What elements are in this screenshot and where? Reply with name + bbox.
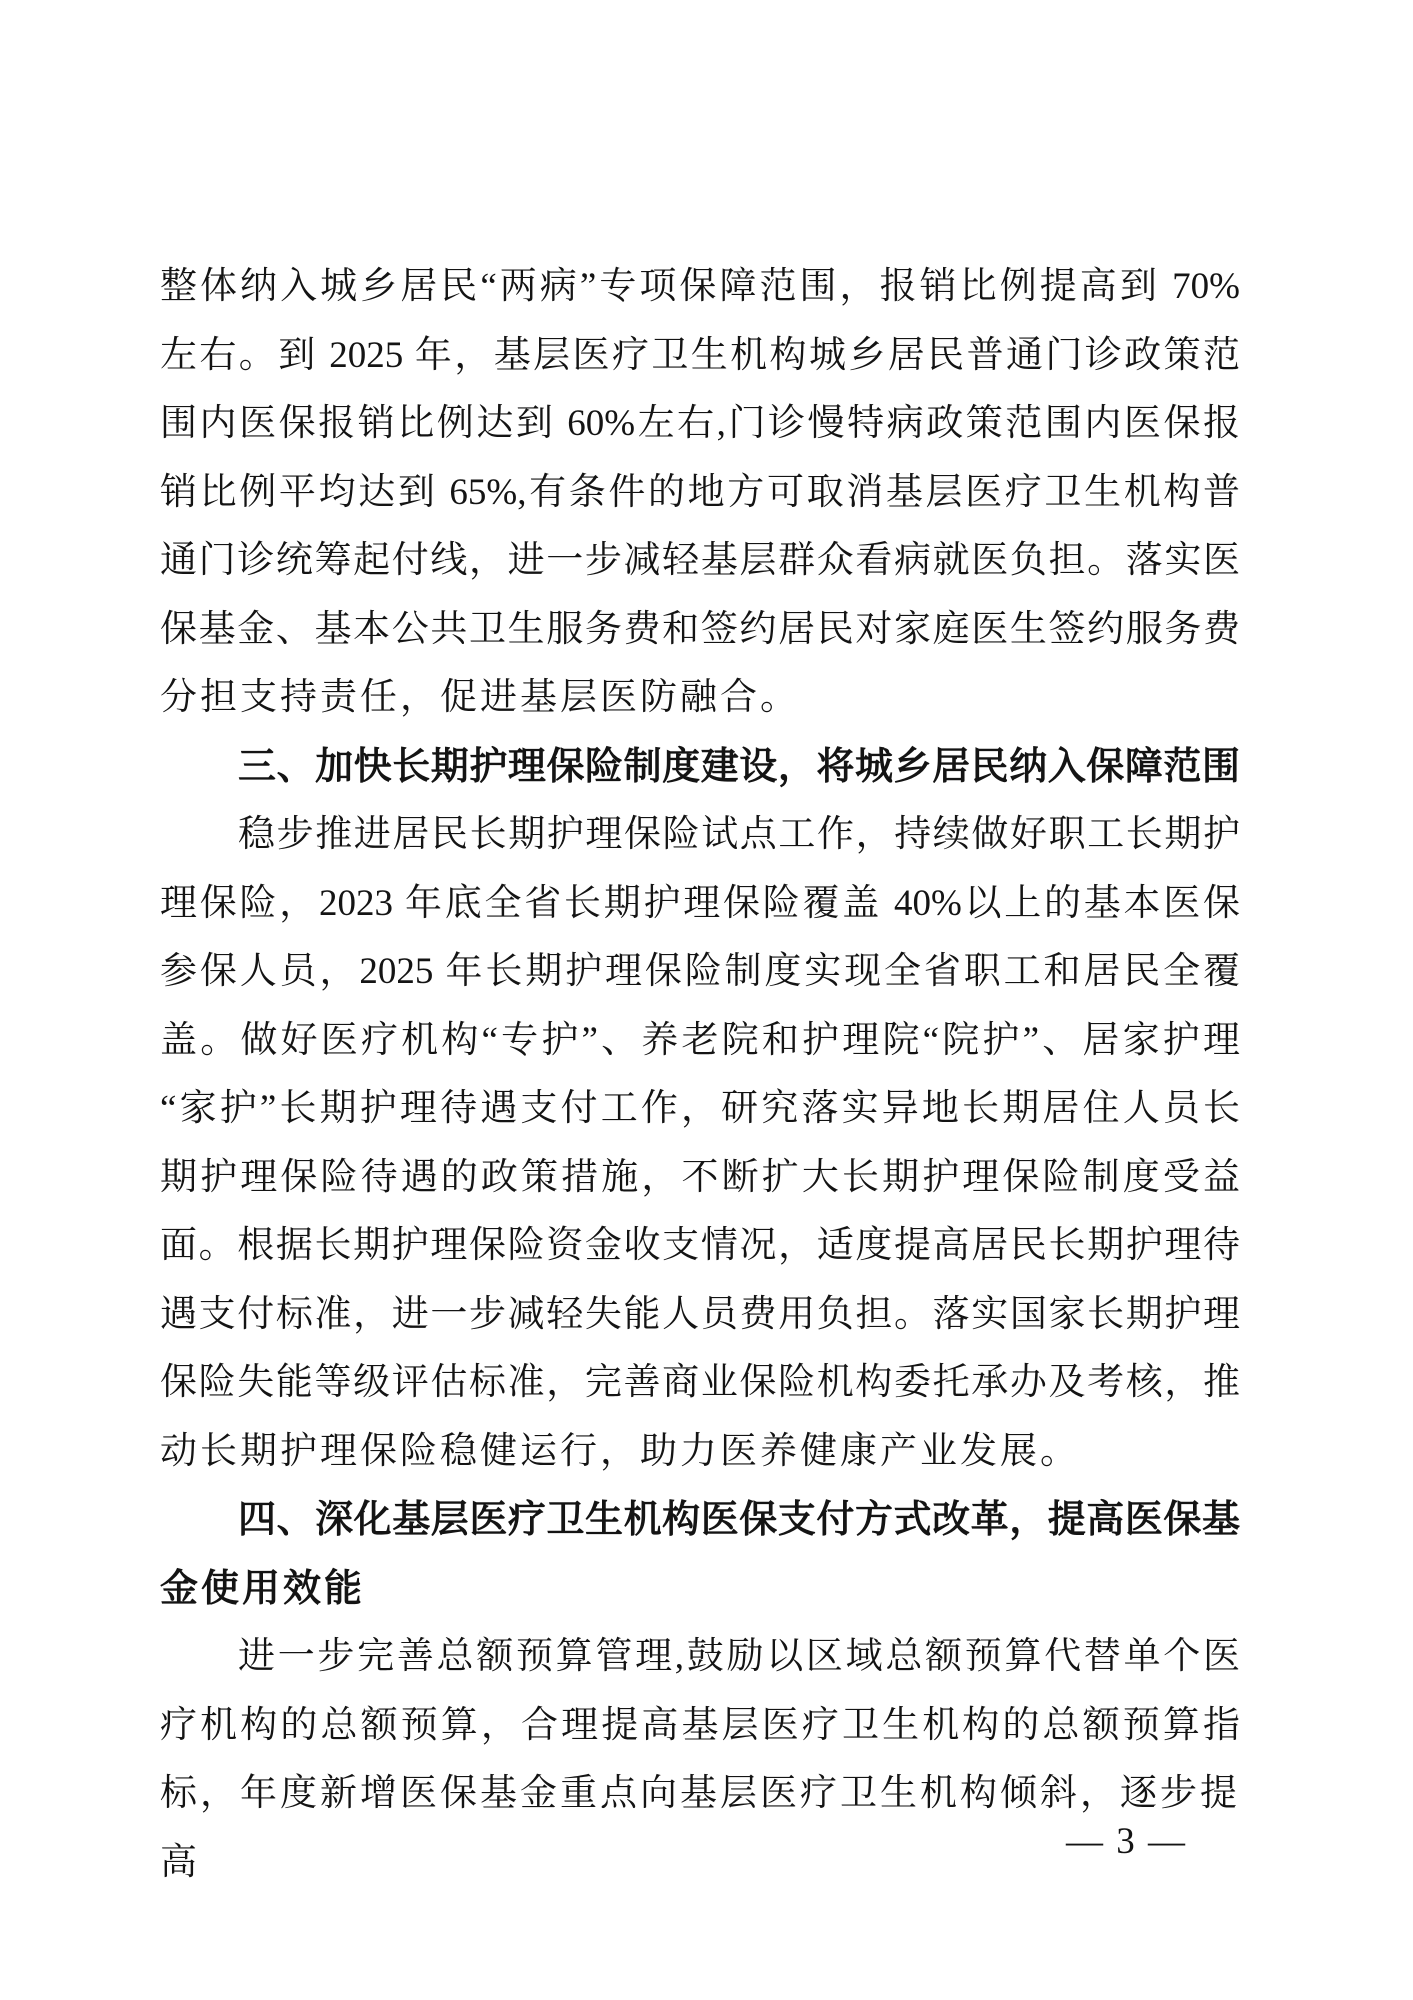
- document-page: 整体纳入城乡居民“两病”专项保障范围，报销比例提高到 70%左右。到 2025 …: [0, 0, 1413, 2000]
- body-text-line: 通门诊统筹起付线，进一步减轻基层群众看病就医负担。落实医: [160, 527, 1240, 596]
- body-text-line: 整体纳入城乡居民“两病”专项保障范围，报销比例提高到 70%: [160, 253, 1240, 322]
- heading-line: 金使用效能: [160, 1555, 1240, 1624]
- heading-line: 三、加快长期护理保险制度建设，将城乡居民纳入保障范围: [160, 733, 1240, 802]
- body-paragraph: 稳步推进居民长期护理保险试点工作，持续做好职工长期护理保险，2023 年底全省长…: [160, 801, 1240, 1486]
- body-text-line: “家护”长期护理待遇支付工作，研究落实异地长期居住人员长: [160, 1075, 1240, 1144]
- body-text-line: 参保人员，2025 年长期护理保险制度实现全省职工和居民全覆: [160, 938, 1240, 1007]
- page-number: — 3 —: [1066, 1820, 1187, 1863]
- body-text-line: 分担支持责任，促进基层医防融合。: [160, 664, 1240, 733]
- body-text-line: 盖。做好医疗机构“专护”、养老院和护理院“院护”、居家护理: [160, 1007, 1240, 1076]
- heading-line: 四、深化基层医疗卫生机构医保支付方式改革，提高医保基: [160, 1486, 1240, 1555]
- section-heading: 三、加快长期护理保险制度建设，将城乡居民纳入保障范围: [160, 733, 1240, 802]
- body-text-line: 理保险，2023 年底全省长期护理保险覆盖 40%以上的基本医保: [160, 870, 1240, 939]
- document-body: 整体纳入城乡居民“两病”专项保障范围，报销比例提高到 70%左右。到 2025 …: [160, 253, 1240, 1829]
- section-heading: 四、深化基层医疗卫生机构医保支付方式改革，提高医保基金使用效能: [160, 1486, 1240, 1623]
- body-text-line: 进一步完善总额预算管理,鼓励以区域总额预算代替单个医: [160, 1623, 1240, 1692]
- body-paragraph: 整体纳入城乡居民“两病”专项保障范围，报销比例提高到 70%左右。到 2025 …: [160, 253, 1240, 733]
- body-text-line: 遇支付标准，进一步减轻失能人员费用负担。落实国家长期护理: [160, 1281, 1240, 1350]
- body-text-line: 疗机构的总额预算，合理提高基层医疗卫生机构的总额预算指: [160, 1692, 1240, 1761]
- body-text-line: 保基金、基本公共卫生服务费和签约居民对家庭医生签约服务费: [160, 596, 1240, 665]
- body-text-line: 保险失能等级评估标准，完善商业保险机构委托承办及考核，推: [160, 1349, 1240, 1418]
- body-text-line: 期护理保险待遇的政策措施，不断扩大长期护理保险制度受益: [160, 1144, 1240, 1213]
- body-text-line: 销比例平均达到 65%,有条件的地方可取消基层医疗卫生机构普: [160, 459, 1240, 528]
- body-text-line: 面。根据长期护理保险资金收支情况，适度提高居民长期护理待: [160, 1212, 1240, 1281]
- body-text-line: 围内医保报销比例达到 60%左右,门诊慢特病政策范围内医保报: [160, 390, 1240, 459]
- body-paragraph: 进一步完善总额预算管理,鼓励以区域总额预算代替单个医疗机构的总额预算，合理提高基…: [160, 1623, 1240, 1829]
- body-text-line: 稳步推进居民长期护理保险试点工作，持续做好职工长期护: [160, 801, 1240, 870]
- body-text-line: 动长期护理保险稳健运行，助力医养健康产业发展。: [160, 1418, 1240, 1487]
- body-text-line: 左右。到 2025 年，基层医疗卫生机构城乡居民普通门诊政策范: [160, 322, 1240, 391]
- body-text-line: 标，年度新增医保基金重点向基层医疗卫生机构倾斜，逐步提高: [160, 1760, 1240, 1829]
